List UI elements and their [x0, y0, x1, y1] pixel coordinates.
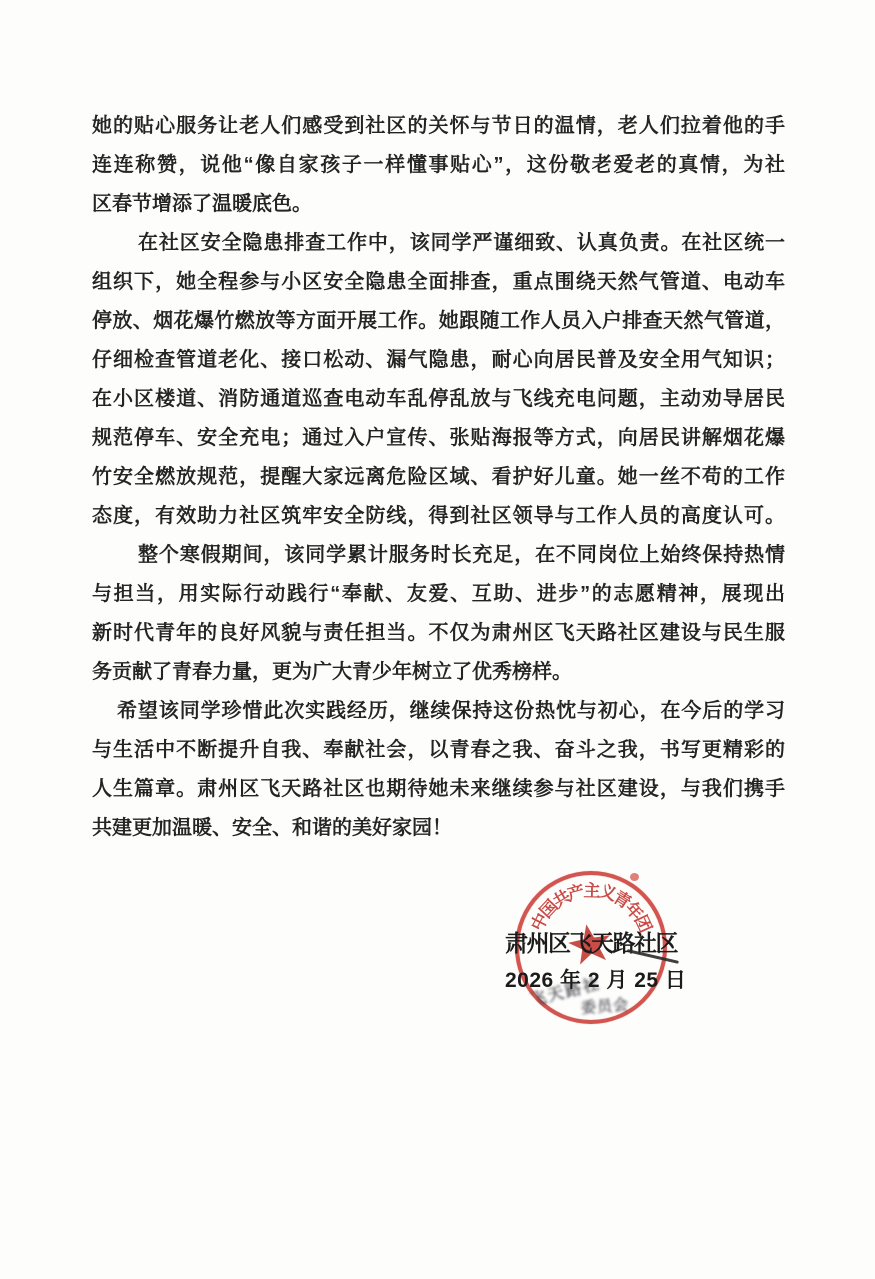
- paragraph-line: 在社区安全隐患排查工作中，该同学严谨细致、认真负责。在社区统一: [92, 224, 785, 263]
- paragraph-line: 在小区楼道、消防通道巡查电动车乱停乱放与飞线充电问题，主动劝导居民: [92, 380, 785, 419]
- paragraph-line: 区春节增添了温暖底色。: [92, 185, 785, 224]
- paragraph-line: 整个寒假期间，该同学累计服务时长充足，在不同岗位上始终保持热情: [92, 536, 785, 575]
- paragraph-line: 务贡献了青春力量，更为广大青少年树立了优秀榜样。: [92, 653, 785, 692]
- paragraph-line: 态度，有效助力社区筑牢安全防线，得到社区领导与工作人员的高度认可。: [92, 497, 785, 536]
- paragraph-line: 组织下，她全程参与小区安全隐患全面排查，重点围绕天然气管道、电动车: [92, 263, 785, 302]
- paragraph-line: 仔细检查管道老化、接口松动、漏气隐患，耐心向居民普及安全用气知识；: [92, 341, 785, 380]
- seal-bottom-smudge: 委员会: [580, 993, 629, 1017]
- paragraph-line: 停放、烟花爆竹燃放等方面开展工作。她跟随工作人员入户排查天然气管道，: [92, 302, 785, 341]
- paragraph-line: 希望该同学珍惜此次实践经历，继续保持这份热忱与初心，在今后的学习: [92, 692, 785, 731]
- paragraph-line: 人生篇章。肃州区飞天路社区也期待她未来继续参与社区建设，与我们携手: [92, 770, 785, 809]
- paragraph-line: 竹安全燃放规范，提醒大家远离危险区域、看护好儿童。她一丝不苟的工作: [92, 458, 785, 497]
- paragraph-line: 她的贴心服务让老人们感受到社区的关怀与节日的温情，老人们拉着他的手: [92, 107, 785, 146]
- body-text: 她的贴心服务让老人们感受到社区的关怀与节日的温情，老人们拉着他的手 连连称赞，说…: [92, 107, 785, 848]
- paragraph-line: 新时代青年的良好风貌与责任担当。不仅为肃州区飞天路社区建设与民生服: [92, 614, 785, 653]
- document-page: 她的贴心服务让老人们感受到社区的关怀与节日的温情，老人们拉着他的手 连连称赞，说…: [0, 0, 875, 1279]
- signature-date: 2026 年 2 月 25 日: [505, 964, 686, 994]
- paragraph-line: 与生活中不断提升自我、奉献社会，以青春之我、奋斗之我，书写更精彩的: [92, 731, 785, 770]
- signature-organization: 肃州区飞天路社区: [505, 925, 677, 958]
- paragraph-line: 连连称赞，说他“像自家孩子一样懂事贴心”，这份敬老爱老的真情，为社: [92, 146, 785, 185]
- paragraph-line: 共建更加温暖、安全、和谐的美好家园！: [92, 809, 785, 848]
- paragraph-line: 规范停车、安全充电；通过入户宣传、张贴海报等方式，向居民讲解烟花爆: [92, 419, 785, 458]
- paragraph-line: 与担当，用实际行动践行“奉献、友爱、互助、进步”的志愿精神，展现出: [92, 575, 785, 614]
- ink-dot: [630, 873, 639, 881]
